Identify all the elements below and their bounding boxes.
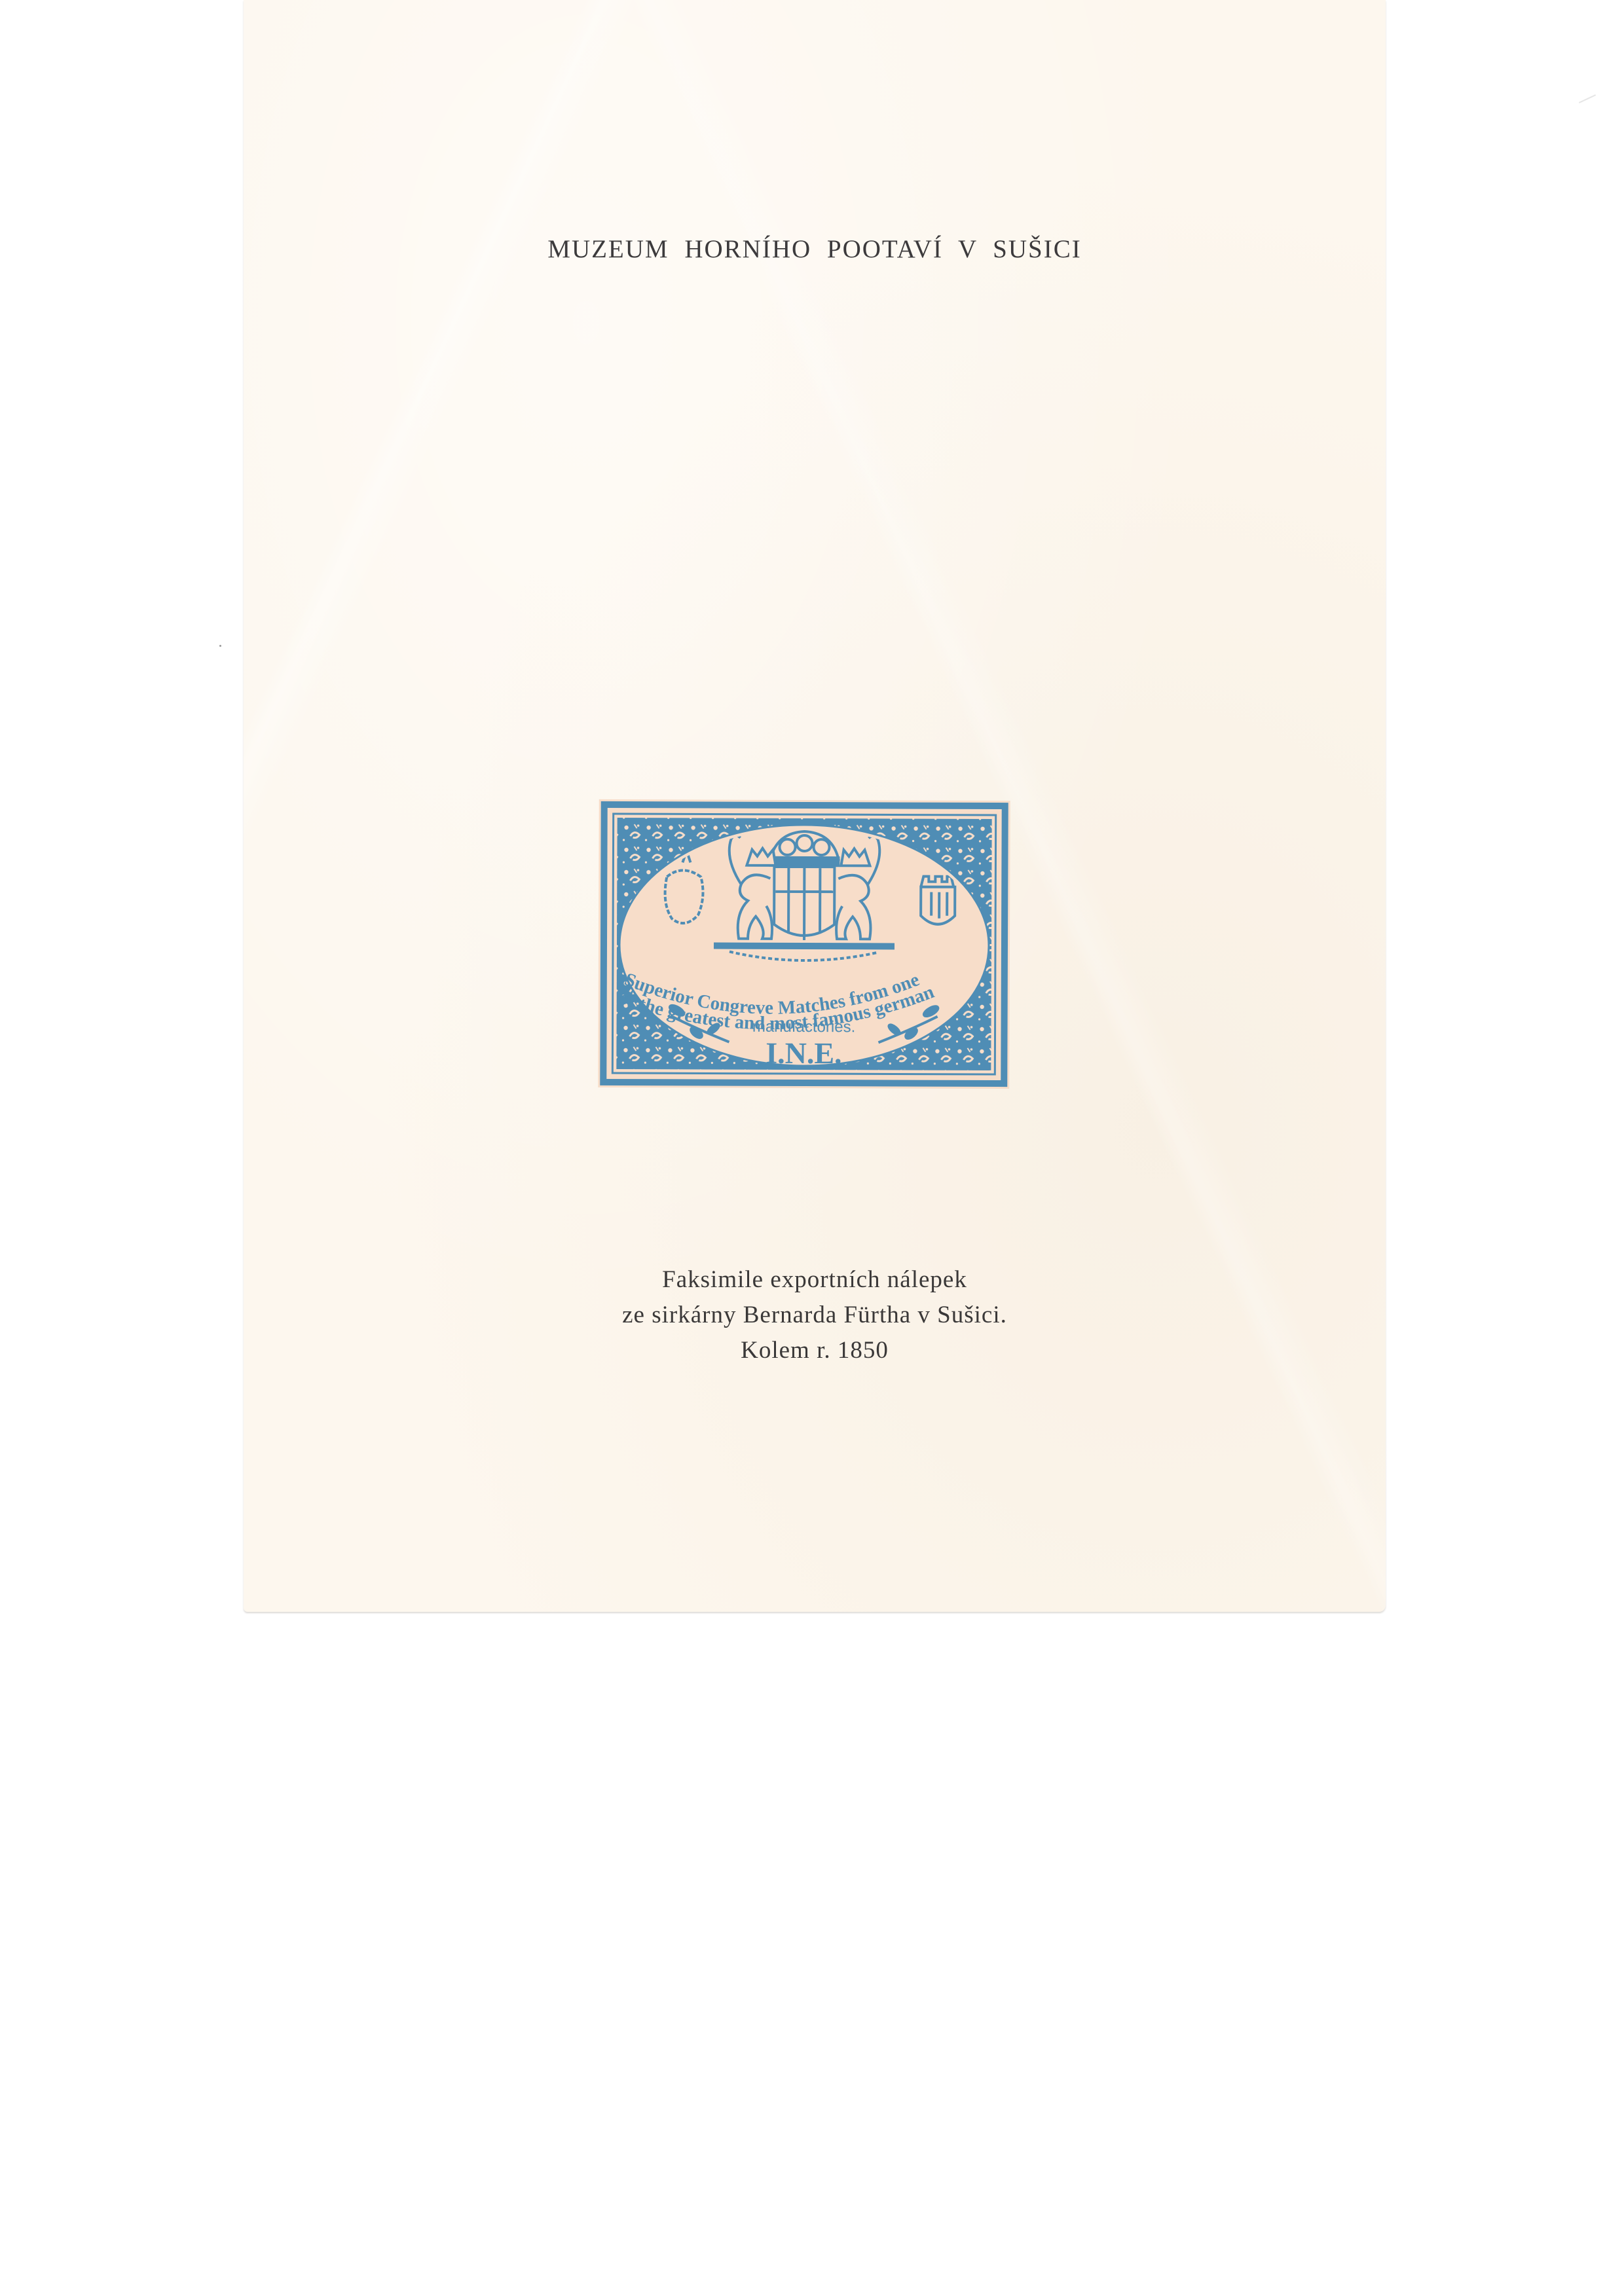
matchbox-label-facsimile: Superior Congreve Matches from one of th…	[598, 799, 1010, 1089]
document-card: MUZEUM HORNÍHO POOTAVÍ V SUŠICI	[244, 0, 1386, 1612]
scan-mark	[1579, 94, 1596, 103]
scan-speck	[219, 645, 221, 647]
label-monogram: I.N.E.	[766, 1036, 841, 1070]
caption: Faksimile exportních nálepek ze sirkárny…	[244, 1262, 1386, 1368]
label-artwork: Superior Congreve Matches from one of th…	[598, 799, 1010, 1089]
caption-line-2: ze sirkárny Bernarda Fürtha v Sušici.	[244, 1298, 1386, 1333]
caption-line-1: Faksimile exportních nálepek	[244, 1262, 1386, 1298]
museum-title: MUZEUM HORNÍHO POOTAVÍ V SUŠICI	[244, 234, 1386, 264]
label-text-line-3: manufactories.	[752, 1018, 855, 1036]
caption-line-3: Kolem r. 1850	[244, 1333, 1386, 1368]
